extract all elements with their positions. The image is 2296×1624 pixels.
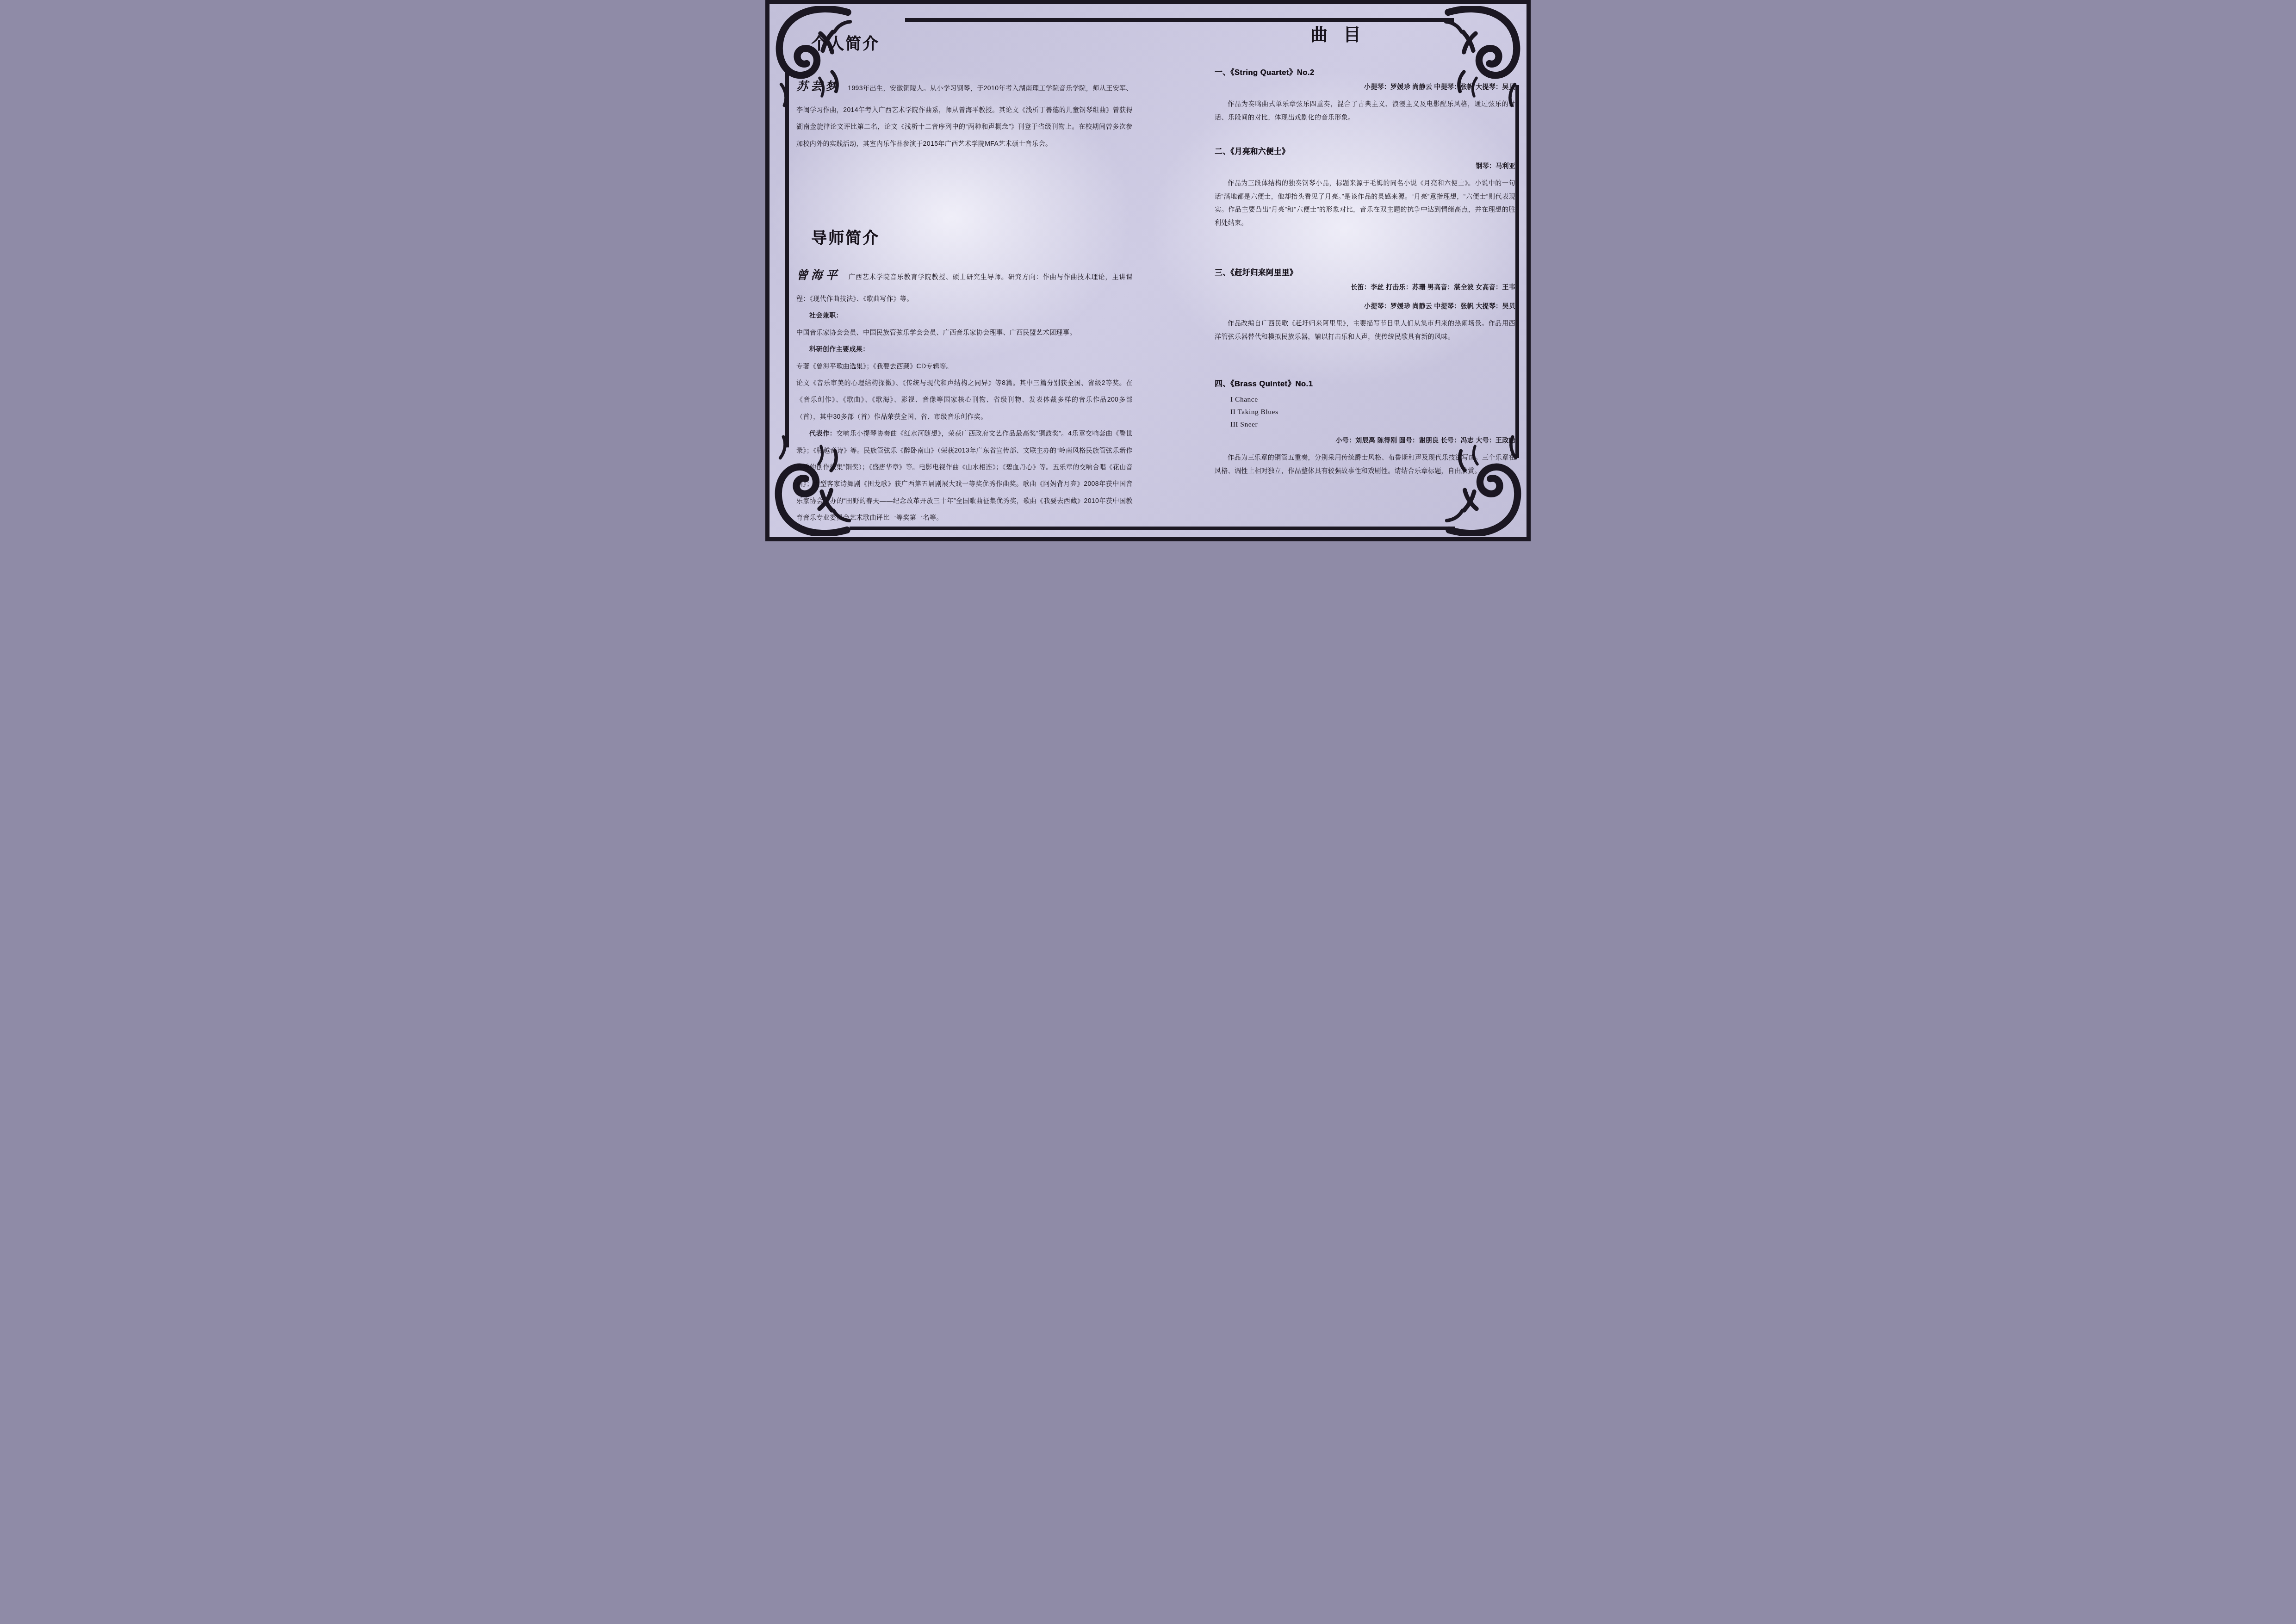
program-item-4-movements: I Chance II Taking Blues III Sneer [1230,393,1515,431]
program-item-1-description: 作品为奏鸣曲式单乐章弦乐四重奏，混合了古典主义、浪漫主义及电影配乐风格，通过弦乐… [1215,97,1515,124]
advisor-intro-text: 广西艺术学院音乐教育学院教授、硕士研究生导师。研究方向：作曲与作曲技术理论，主讲… [796,273,1133,302]
program-item-3-description: 作品改编自广西民歌《赶圩归来阿里里》，主要描写节日里人们从集市归来的热闹场景。作… [1215,316,1515,343]
frame-line-right [1515,85,1519,458]
advisor-profile-heading: 导师简介 [811,225,1133,248]
advisor-name-calligraphy: 曾海平 [796,268,840,282]
program-item-3-performers-line-2: 小提琴：罗媛珍 尚静云 中提琴：张帆 大提琴：吴贝 [1215,297,1515,316]
program-item-4: 四、《Brass Quintet》No.1 I Chance II Taking… [1215,378,1515,477]
program-item-1-performers: 小提琴：罗媛珍 尚静云 中提琴：张帆 大提琴：吴贝 [1215,77,1515,96]
personal-bio-text: 1993年出生，安徽铜陵人。从小学习钢琴，于2010年考入湖南理工学院音乐学院，… [796,84,1133,147]
program-heading: 曲 目 [1188,21,1489,46]
research-achievements-label: 科研创作主要成果： [796,341,1133,357]
movement-3: III Sneer [1230,418,1515,431]
program-item-3-title: 三、《赶圩归来阿里里》 [1215,267,1515,278]
representative-works-label: 代表作： [809,429,837,437]
program-item-2-performers: 钢琴：马利亚 [1215,156,1515,175]
program-booklet-spread: 个人简介 苏芸梦1993年出生，安徽铜陵人。从小学习钢琴，于2010年考入湖南理… [765,0,1531,541]
personal-bio-paragraph: 苏芸梦1993年出生，安徽铜陵人。从小学习钢琴，于2010年考入湖南理工学院音乐… [796,71,1133,152]
left-page: 个人简介 苏芸梦1993年出生，安徽铜陵人。从小学习钢琴，于2010年考入湖南理… [796,4,1133,537]
program-item-2: 二、《月亮和六便士》 钢琴：马利亚 作品为三段体结构的独奏钢琴小品，标题来源于毛… [1215,145,1515,229]
movement-1: I Chance [1230,393,1515,406]
representative-works-paragraph: 代表作：交响乐小提琴协奏曲《红水河随想》，荣获广西政府文艺作品最高奖“铜鼓奖”。… [796,425,1133,526]
research-books-text: 专著《曾海平歌曲选集》；《我要去西藏》CD专辑等。 [796,358,1133,374]
representative-works-text: 交响乐小提琴协奏曲《红水河随想》，荣获广西政府文艺作品最高奖“铜鼓奖”。4乐章交… [796,429,1133,521]
program-item-4-title: 四、《Brass Quintet》No.1 [1215,378,1515,389]
program-item-2-title: 二、《月亮和六便士》 [1215,145,1515,156]
program-item-1-title: 一、《String Quartet》No.2 [1215,66,1515,77]
research-papers-text: 论文《音乐审美的心理结构探微》、《传统与现代和声结构之同异》等8篇。其中三篇分别… [796,374,1133,425]
program-item-3-performers-line-1: 长笛：李丝 打击乐：苏珊 男高音：湛全波 女高音：王韦 [1215,278,1515,297]
advisor-profile-section: 导师简介 曾海平广西艺术学院音乐教育学院教授、硕士研究生导师。研究方向：作曲与作… [796,225,1133,526]
program-item-4-description: 作品为三乐章的铜管五重奏，分别采用传统爵士风格、布鲁斯和声及现代乐技法写成。三个… [1215,451,1515,477]
advisor-intro-paragraph: 曾海平广西艺术学院音乐教育学院教授、硕士研究生导师。研究方向：作曲与作曲技术理论… [796,260,1133,307]
social-positions-label: 社会兼职： [796,307,1133,323]
program-item-2-description: 作品为三段体结构的独奏钢琴小品，标题来源于毛姆的同名小说《月亮和六便士》。小说中… [1215,176,1515,229]
movement-2: II Taking Blues [1230,406,1515,418]
program-item-3: 三、《赶圩归来阿里里》 长笛：李丝 打击乐：苏珊 男高音：湛全波 女高音：王韦 … [1215,267,1515,343]
performer-name-calligraphy: 苏芸梦 [796,80,839,93]
social-positions-text: 中国音乐家协会会员、中国民族管弦乐学会会员、广西音乐家协会理事、广西民盟艺术团理… [796,324,1133,341]
personal-profile-heading: 个人简介 [811,31,1133,54]
right-page: 曲 目 一、《String Quartet》No.2 小提琴：罗媛珍 尚静云 中… [1215,4,1515,537]
program-item-4-performers: 小号：刘辰禹 陈得刚 圆号：谢朋良 长号：冯志 大号：王政皓 [1215,431,1515,450]
frame-line-left [785,70,789,447]
personal-profile-section: 个人简介 苏芸梦1993年出生，安徽铜陵人。从小学习钢琴，于2010年考入湖南理… [796,31,1133,152]
program-item-1: 一、《String Quartet》No.2 小提琴：罗媛珍 尚静云 中提琴：张… [1215,66,1515,124]
